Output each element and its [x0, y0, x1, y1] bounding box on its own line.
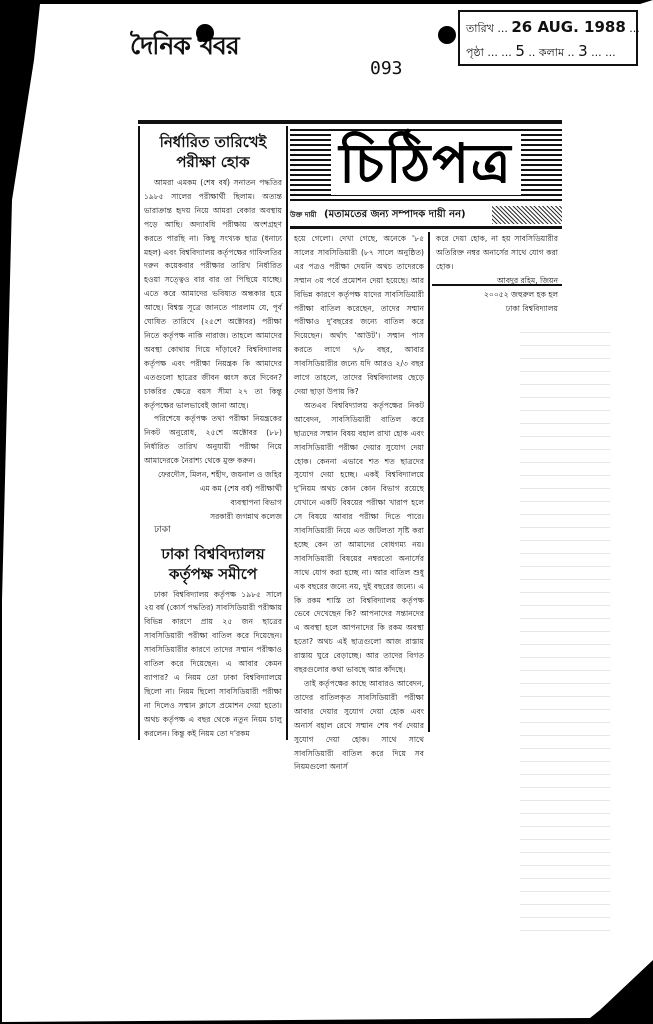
column-middle: হয়ে গেলো। দেখা গেছে, অনেকে '৮৫ সালের সা…: [290, 232, 430, 732]
letter1-sign-line: এম কম (শেষ বর্ষ) পরীক্ষার্থী: [144, 482, 282, 496]
letter1-place: ঢাকা: [144, 524, 282, 538]
newspaper-masthead: দৈনিক খবর: [130, 26, 239, 69]
letter2-paragraph: হয়ে গেলো। দেখা গেছে, অনেকে '৮৫ সালের সা…: [294, 232, 424, 399]
letter1-paragraph: আমরা এমকম (শেষ বর্ষ) সনাতন পদ্ধতির ১৯৮৫ …: [144, 176, 282, 412]
stamp-column-label: কলাম: [539, 46, 564, 59]
letter1-paragraph: পরিশেষে কর্তৃপক্ষ তথা পরীক্ষা নিয়ন্ত্রক…: [144, 412, 282, 468]
letter1-title: নির্ধারিত তারিখেই পরীক্ষা হোক: [144, 132, 282, 172]
letter2-paragraph: ঢাকা বিশ্ববিদ্যালয় কর্তৃপক্ষ ১৯৮৫ সালে …: [144, 588, 282, 741]
letter2-paragraph: করে দেয়া হোক, না হয় সাবসিডিয়ারীর অতির…: [436, 232, 558, 274]
letter2-sign-room: ২০০৫২ জহুরুল হক হল: [436, 288, 558, 302]
letter1-sign-line: সরকারী জগন্নাথ কলেজ: [144, 510, 282, 524]
stamp-date-label: তারিখ: [466, 22, 494, 35]
column-end-rule: [432, 284, 562, 286]
banner-rule: [290, 226, 562, 229]
stamp-page-value: 5: [515, 42, 525, 60]
section-disclaimer: উক্ত দায়ী (মতামতের জন্য সম্পাদক দায়ী ন…: [290, 204, 562, 226]
letters-clipping: নির্ধারিত তারিখেই পরীক্ষা হোক আমরা এমকম …: [138, 120, 562, 740]
letter2-title-line1: ঢাকা বিশ্ববিদ্যালয়: [144, 544, 282, 564]
column-right: করে দেয়া হোক, না হয় সাবসিডিয়ারীর অতির…: [432, 232, 562, 315]
section-banner: চিঠিপত্র: [290, 126, 562, 202]
archive-page-number: 093: [370, 58, 403, 79]
disclaimer-tag: উক্ত দায়ী: [290, 211, 317, 219]
letter2-title: ঢাকা বিশ্ববিদ্যালয় কর্তৃপক্ষ সমীপে: [144, 544, 282, 584]
letter2-title-line2: কর্তৃপক্ষ সমীপে: [144, 564, 282, 584]
punch-hole-icon: [438, 26, 456, 44]
stamp-date-row: তারিখ ... 26 AUG. 1988 ...: [466, 16, 630, 40]
letter1-title-line2: পরীক্ষা হোক: [144, 152, 282, 172]
letter2-paragraph: তাই কর্তৃপক্ষের কাছে আবারও আবেদন, তাদের …: [294, 677, 424, 774]
stamp-page-row: পৃষ্ঠা ... ... 5 .. কলাম .. 3 ... ...: [466, 40, 630, 64]
bleed-through-text: [520, 320, 610, 940]
letter2-paragraph: অতএব বিশ্ববিদ্যালয় কর্তৃপক্ষের নিকট আবে…: [294, 399, 424, 677]
punch-hole-icon: [196, 24, 214, 42]
page-curl: [600, 955, 628, 975]
top-rule: [138, 120, 562, 124]
disclaimer-text: (মতামতের জন্য সম্পাদক দায়ী নন): [324, 209, 466, 220]
print-smudge: [492, 206, 562, 224]
stamp-page-label: পৃষ্ঠা: [466, 46, 484, 59]
letter1-sign-line: ব্যবস্থাপনা বিভাগ: [144, 496, 282, 510]
stamp-column-value: 3: [578, 42, 588, 60]
section-title: চিঠিপত্র: [290, 126, 562, 202]
column-left: নির্ধারিত তারিখেই পরীক্ষা হোক আমরা এমকম …: [138, 126, 288, 740]
letter1-signatories: ফেরদৌস, মিলন, শহীদ, জয়নাল ও জহির: [144, 468, 282, 482]
newspaper-clipping-page: দৈনিক খবর 093 তারিখ ... 26 AUG. 1988 ...…: [0, 0, 653, 1024]
stamp-date-value: 26 AUG. 1988: [511, 18, 625, 36]
section-title-text: চিঠিপত্র: [331, 132, 520, 195]
archive-stamp: তারিখ ... 26 AUG. 1988 ... পৃষ্ঠা ... ..…: [458, 10, 638, 66]
letter2-sign-place: ঢাকা বিশ্ববিদ্যালয়: [436, 302, 558, 316]
letter1-title-line1: নির্ধারিত তারিখেই: [144, 132, 282, 152]
